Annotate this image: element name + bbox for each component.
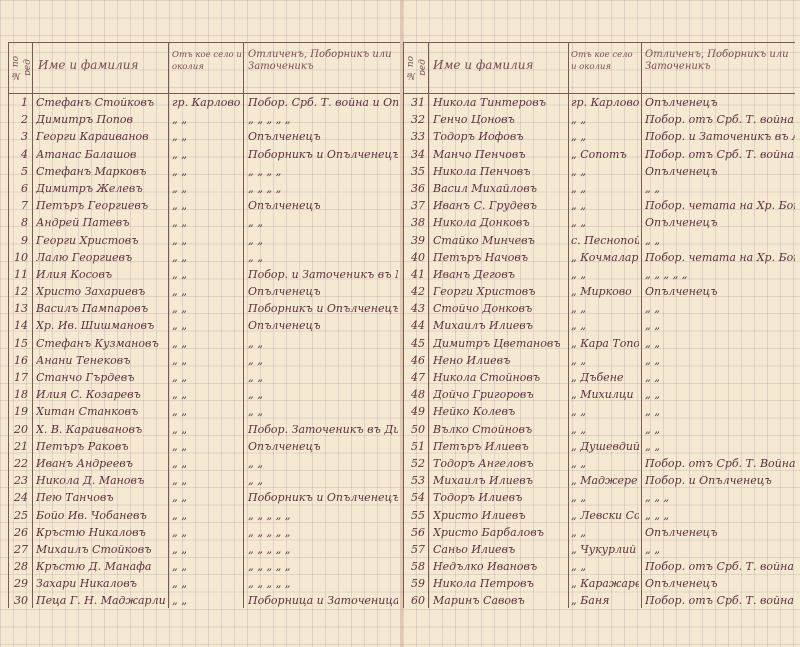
person-name: Стефанъ Марковъ [36,164,166,179]
service-status: Опълченецъ [248,439,398,454]
service-status: „ „ [645,318,795,333]
table-row: 28Кръстю Д. Манафа„ „„ „ „ „ „ [8,558,400,575]
row-number: 2 [8,112,28,127]
table-row: 60Маринъ Савовъ„ БаняПобор. отъ Срб. Т. … [403,592,795,609]
service-status: Побор. Заточеникъ въ Диарбекиръ със В. Л… [248,422,398,437]
table-row: 32Генчо Цоновъ„ „Побор. отъ Срб. Т. войн… [403,111,795,128]
table-row: 8Андрей Патевъ„ „„ „ [8,214,400,231]
table-row: 17Станчо Гърдевъ„ „„ „ [8,369,400,386]
row-number: 30 [8,593,28,608]
service-status: Опълченецъ [645,215,795,230]
table-row: 43Стойчо Донковъ„ „„ „ [403,300,795,317]
left-rows: 1Стефанъ Стойковъгр. КарловоПобор. Срб. … [8,94,400,610]
table-row: 59Никола Петровъ„ КаражареОпълченецъ [403,575,795,592]
person-name: Петъръ Начовъ [433,250,567,265]
person-name: Пеца Г. Н. Маджарлийка [36,593,166,608]
row-number: 8 [8,215,28,230]
table-row: 40Петъръ Начовъ„ КочмалареПобор. четата … [403,249,795,266]
place-of-origin: „ Чукурлий [571,542,639,557]
place-of-origin: „ Душевдий [571,439,639,454]
row-number: 59 [403,576,425,591]
table-row: 22Иванъ Андреевъ„ „„ „ [8,455,400,472]
row-number: 3 [8,129,28,144]
service-status: „ „ „ „ [248,181,398,196]
service-status: Опълченецъ [248,318,398,333]
row-number: 18 [8,387,28,402]
place-of-origin: „ „ [172,490,242,505]
place-of-origin: „ „ [571,456,639,471]
place-of-origin: „ Баня [571,593,639,608]
place-of-origin: „ „ [172,233,242,248]
service-status: „ „ [645,439,795,454]
person-name: Петъръ Георгиевъ [36,198,166,213]
row-number: 43 [403,301,425,316]
table-row: 41Иванъ Деговъ„ „„ „ „ „ „ [403,266,795,283]
service-status: Побор. и Заточеникъ въ Адана [645,129,795,144]
table-row: 49Нейко Колевъ„ „„ „ [403,403,795,420]
place-of-origin: „ „ [571,404,639,419]
table-row: 11Илия Косовъ„ „Побор. и Заточеникъ въ М… [8,266,400,283]
person-name: Вълко Стойновъ [433,422,567,437]
person-name: Георги Христовъ [36,233,166,248]
person-name: Хитан Станковъ [36,404,166,419]
place-of-origin: „ „ [571,181,639,196]
row-number: 7 [8,198,28,213]
place-of-origin: „ „ [172,215,242,230]
table-row: 16Анани Тенековъ„ „„ „ [8,352,400,369]
table-row: 30Пеца Г. Н. Маджарлийка„ „Поборница и З… [8,592,400,609]
person-name: Тодоръ Ангеловъ [433,456,567,471]
table-row: 47Никола Стойновъ„ Дъбене„ „ [403,369,795,386]
table-row: 3Георги Караиванов„ „Опълченецъ [8,128,400,145]
service-status: „ „ [248,404,398,419]
row-number: 11 [8,267,28,282]
table-row: 19Хитан Станковъ„ „„ „ [8,403,400,420]
service-status: Побор. Срб. Т. война и Опълченецъ [248,95,398,110]
person-name: Маринъ Савовъ [433,593,567,608]
service-status: „ „ „ „ „ [248,542,398,557]
row-number: 1 [8,95,28,110]
place-of-origin: „ „ [172,542,242,557]
table-row: 10Лалю Георгиевъ„ „„ „ [8,249,400,266]
table-row: 23Никола Д. Мановъ„ „„ „ [8,472,400,489]
place-of-origin: „ Маджере [571,473,639,488]
table-row: 38Никола Донковъ„ „Опълченецъ [403,214,795,231]
service-status: Побор. отъ Срб. Т. война [645,147,795,162]
person-name: Тодоръ Иофовъ [433,129,567,144]
service-status: „ „ [248,370,398,385]
person-name: Никола Тинтеровъ [433,95,567,110]
service-status: Опълченецъ [645,525,795,540]
row-number: 53 [403,473,425,488]
person-name: Михаилъ Илиевъ [433,473,567,488]
row-number: 38 [403,215,425,230]
service-status: Поборникъ и Опълченецъ [248,301,398,316]
service-status: „ „ „ „ „ [248,508,398,523]
row-number: 15 [8,336,28,351]
person-name: Атанас Балашов [36,147,166,162]
row-number: 17 [8,370,28,385]
place-of-origin: „ Сопотъ [571,147,639,162]
ledger-header: № по ред Име и фамилия Отъ кое село и ок… [8,42,400,94]
table-row: 15Стефанъ Кузмановъ„ „„ „ [8,335,400,352]
table-row: 46Нено Илиевъ„ „„ „ [403,352,795,369]
person-name: Нейко Колевъ [433,404,567,419]
service-status: „ „ „ [645,490,795,505]
table-row: 44Михаилъ Илиевъ„ „„ „ [403,317,795,334]
person-name: Нено Илиевъ [433,353,567,368]
place-of-origin: „ „ [172,404,242,419]
place-of-origin: „ „ [172,284,242,299]
service-status: Побор. отъ Срб. Т. война [645,112,795,127]
person-name: Васил Михайловъ [433,181,567,196]
service-status: „ „ [248,387,398,402]
row-number: 42 [403,284,425,299]
person-name: Стефанъ Стойковъ [36,95,166,110]
table-row: 52Тодоръ Ангеловъ„ „Побор. отъ Срб. Т. В… [403,455,795,472]
table-row: 27Михаилъ Стойковъ„ „„ „ „ „ „ [8,541,400,558]
header-place: Отъ кое село и околия [571,49,639,73]
row-number: 21 [8,439,28,454]
place-of-origin: „ „ [571,198,639,213]
person-name: Христо Захариевъ [36,284,166,299]
row-number: 20 [8,422,28,437]
service-status: Опълченецъ [645,164,795,179]
row-number: 57 [403,542,425,557]
row-number: 33 [403,129,425,144]
ledger-left-page: № по ред Име и фамилия Отъ кое село и ок… [8,42,400,610]
person-name: Петъръ Раковъ [36,439,166,454]
person-name: Димитръ Желевъ [36,181,166,196]
place-of-origin: „ „ [172,129,242,144]
place-of-origin: „ Кочмаларе [571,250,639,265]
place-of-origin: „ Мирково [571,284,639,299]
place-of-origin: гр. Карлово [172,95,242,110]
ledger-right-page: № по ред Име и фамилия Отъ кое село и ок… [403,42,795,610]
row-number: 24 [8,490,28,505]
person-name: Дойчо Григоровъ [433,387,567,402]
person-name: Иванъ Деговъ [433,267,567,282]
service-status: „ „ [645,301,795,316]
place-of-origin: „ „ [172,336,242,351]
table-row: 7Петъръ Георгиевъ„ „Опълченецъ [8,197,400,214]
person-name: Илия Косовъ [36,267,166,282]
table-row: 4Атанас Балашов„ „Поборникъ и Опълченецъ [8,146,400,163]
service-status: Опълченецъ [248,198,398,213]
right-rows: 31Никола Тинтеровъгр. КарловоОпълченецъ3… [403,94,795,610]
service-status: Побор. отъ Срб. Т. война [645,559,795,574]
person-name: Хр. Ив. Шишмановъ [36,318,166,333]
row-number: 35 [403,164,425,179]
place-of-origin: „ „ [172,387,242,402]
table-row: 56Христо Барбаловъ„ „Опълченецъ [403,524,795,541]
table-row: 12Христо Захариевъ„ „Опълченецъ [8,283,400,300]
table-row: 25Бойо Ив. Чобаневъ„ „„ „ „ „ „ [8,507,400,524]
person-name: Бойо Ив. Чобаневъ [36,508,166,523]
table-row: 21Петъръ Раковъ„ „Опълченецъ [8,438,400,455]
row-number: 25 [8,508,28,523]
place-of-origin: „ „ [571,525,639,540]
service-status: „ „ [645,404,795,419]
row-number: 34 [403,147,425,162]
row-number: 29 [8,576,28,591]
service-status: „ „ [248,250,398,265]
row-number: 9 [8,233,28,248]
service-status: „ „ [248,233,398,248]
table-row: 58Недълко Ивановъ„ „Побор. отъ Срб. Т. в… [403,558,795,575]
person-name: Кръстю Д. Манафа [36,559,166,574]
place-of-origin: „ Левски Сопотъ [571,508,639,523]
table-row: 48Дойчо Григоровъ„ Михилци„ „ [403,386,795,403]
table-row: 33Тодоръ Иофовъ„ „Побор. и Заточеникъ въ… [403,128,795,145]
row-number: 49 [403,404,425,419]
table-row: 57Саньо Илиевъ„ Чукурлий„ „ [403,541,795,558]
place-of-origin: „ „ [172,593,242,608]
header-number: № по ред [10,47,30,89]
row-number: 5 [8,164,28,179]
row-number: 19 [8,404,28,419]
table-row: 50Вълко Стойновъ„ „„ „ [403,421,795,438]
person-name: Пею Танчовъ [36,490,166,505]
row-number: 31 [403,95,425,110]
place-of-origin: „ „ [571,353,639,368]
row-number: 32 [403,112,425,127]
row-number: 39 [403,233,425,248]
service-status: Побор. отъ Срб. Т. Война [645,456,795,471]
table-row: 29Захари Никаловъ„ „„ „ „ „ „ [8,575,400,592]
place-of-origin: „ „ [172,559,242,574]
service-status: Побор. четата на Хр. Ботевъ [645,198,795,213]
row-number: 12 [8,284,28,299]
service-status: „ „ [645,542,795,557]
header-name: Име и фамилия [38,59,168,71]
person-name: Недълко Ивановъ [433,559,567,574]
place-of-origin: „ „ [571,112,639,127]
place-of-origin: „ „ [571,490,639,505]
place-of-origin: „ Каражаре [571,576,639,591]
place-of-origin: „ „ [172,250,242,265]
row-number: 50 [403,422,425,437]
place-of-origin: „ „ [571,559,639,574]
table-row: 6Димитръ Желевъ„ „„ „ „ „ [8,180,400,197]
header-number: № по ред [405,47,425,89]
person-name: Георги Христовъ [433,284,567,299]
person-name: Генчо Цоновъ [433,112,567,127]
person-name: Тодоръ Илиевъ [433,490,567,505]
person-name: Петъръ Илиевъ [433,439,567,454]
service-status: „ „ [645,422,795,437]
table-row: 18Илия С. Козаревъ„ „„ „ [8,386,400,403]
place-of-origin: с. Песнопой [571,233,639,248]
place-of-origin: „ Михилци [571,387,639,402]
person-name: Саньо Илиевъ [433,542,567,557]
place-of-origin: гр. Карлово [571,95,639,110]
table-row: 36Васил Михайловъ„ „„ „ [403,180,795,197]
service-status: „ „ [248,353,398,368]
place-of-origin: „ „ [571,301,639,316]
place-of-origin: „ „ [172,198,242,213]
service-status: Побор. и Опълченецъ [645,473,795,488]
service-status: „ „ [248,215,398,230]
service-status: Опълченецъ [248,284,398,299]
service-status: Поборникъ и Опълченецъ [248,490,398,505]
table-row: 24Пею Танчовъ„ „Поборникъ и Опълченецъ [8,489,400,506]
service-status: „ „ [645,233,795,248]
person-name: Манчо Пенчовъ [433,147,567,162]
place-of-origin: „ „ [172,112,242,127]
person-name: Станчо Гърдевъ [36,370,166,385]
table-row: 53Михаилъ Илиевъ„ МаджереПобор. и Опълче… [403,472,795,489]
row-number: 48 [403,387,425,402]
table-row: 26Кръстю Никаловъ„ „„ „ „ „ „ [8,524,400,541]
place-of-origin: „ „ [172,164,242,179]
table-row: 5Стефанъ Марковъ„ „„ „ „ „ [8,163,400,180]
table-row: 55Христо Илиевъ„ Левски Сопотъ„ „ „ [403,507,795,524]
row-number: 60 [403,593,425,608]
person-name: Димитръ Цветановъ [433,336,567,351]
person-name: Иванъ С. Грудевъ [433,198,567,213]
place-of-origin: „ „ [172,353,242,368]
row-number: 58 [403,559,425,574]
row-number: 27 [8,542,28,557]
service-status: „ „ [645,353,795,368]
person-name: Христо Илиевъ [433,508,567,523]
service-status: „ „ „ „ „ [248,559,398,574]
row-number: 6 [8,181,28,196]
person-name: Георги Караиванов [36,129,166,144]
row-number: 14 [8,318,28,333]
row-number: 51 [403,439,425,454]
place-of-origin: „ „ [172,370,242,385]
table-row: 13Василъ Пампаровъ„ „Поборникъ и Опълчен… [8,300,400,317]
service-status: Опълченецъ [645,576,795,591]
person-name: Михаилъ Илиевъ [433,318,567,333]
row-number: 40 [403,250,425,265]
place-of-origin: „ „ [172,576,242,591]
place-of-origin: „ „ [172,422,242,437]
person-name: Никола Стойновъ [433,370,567,385]
row-number: 10 [8,250,28,265]
place-of-origin: „ Кара Тополово [571,336,639,351]
person-name: Никола Д. Мановъ [36,473,166,488]
person-name: Стойчо Донковъ [433,301,567,316]
person-name: Кръстю Никаловъ [36,525,166,540]
person-name: Анани Тенековъ [36,353,166,368]
person-name: Илия С. Козаревъ [36,387,166,402]
row-number: 44 [403,318,425,333]
service-status: Побор. четата на Хр. Ботевъ [645,250,795,265]
person-name: Христо Барбаловъ [433,525,567,540]
place-of-origin: „ „ [571,164,639,179]
place-of-origin: „ „ [172,267,242,282]
table-row: 9Георги Христовъ„ „„ „ [8,232,400,249]
person-name: Х. В. Караивановъ [36,422,166,437]
place-of-origin: „ „ [571,215,639,230]
row-number: 52 [403,456,425,471]
table-row: 39Стайко Минчевъс. Песнопой„ „ [403,232,795,249]
table-row: 14Хр. Ив. Шишмановъ„ „Опълченецъ [8,317,400,334]
table-row: 2Димитръ Попов„ „„ „ „ „ „ [8,111,400,128]
service-status: Поборница и Заточеница въ Диарбекиръ със… [248,593,398,608]
service-status: „ „ [645,387,795,402]
place-of-origin: „ „ [172,147,242,162]
service-status: „ „ [248,456,398,471]
table-row: 35Никола Пенчовъ„ „Опълченецъ [403,163,795,180]
row-number: 56 [403,525,425,540]
row-number: 37 [403,198,425,213]
row-number: 22 [8,456,28,471]
service-status: „ „ „ „ [248,164,398,179]
service-status: Поборникъ и Опълченецъ [248,147,398,162]
service-status: „ „ [248,336,398,351]
place-of-origin: „ Дъбене [571,370,639,385]
place-of-origin: „ „ [172,301,242,316]
row-number: 28 [8,559,28,574]
row-number: 4 [8,147,28,162]
row-number: 41 [403,267,425,282]
table-row: 42Георги Христовъ„ МирковоОпълченецъ [403,283,795,300]
row-number: 13 [8,301,28,316]
service-status: „ „ „ „ „ [248,576,398,591]
row-number: 45 [403,336,425,351]
service-status: „ „ [645,336,795,351]
service-status: „ „ „ „ „ [645,267,795,282]
service-status: „ „ [248,473,398,488]
header-status: Отличенъ, Поборникъ или Заточеникъ [645,49,793,73]
place-of-origin: „ „ [172,525,242,540]
person-name: Никола Донковъ [433,215,567,230]
header-status: Отличенъ, Поборникъ или Заточеникъ [248,49,398,73]
header-name: Име и фамилия [433,59,563,71]
place-of-origin: „ „ [172,473,242,488]
service-status: „ „ „ [645,508,795,523]
place-of-origin: „ „ [172,456,242,471]
person-name: Захари Никаловъ [36,576,166,591]
person-name: Димитръ Попов [36,112,166,127]
person-name: Стефанъ Кузмановъ [36,336,166,351]
place-of-origin: „ „ [571,267,639,282]
table-row: 37Иванъ С. Грудевъ„ „Побор. четата на Хр… [403,197,795,214]
row-number: 46 [403,353,425,368]
header-place: Отъ кое село и околия [172,49,244,73]
service-status: Опълченецъ [645,95,795,110]
service-status: Опълченецъ [645,284,795,299]
place-of-origin: „ „ [172,439,242,454]
place-of-origin: „ „ [172,181,242,196]
row-number: 26 [8,525,28,540]
service-status: Опълченецъ [248,129,398,144]
person-name: Андрей Патевъ [36,215,166,230]
table-row: 1Стефанъ Стойковъгр. КарловоПобор. Срб. … [8,94,400,111]
row-number: 47 [403,370,425,385]
person-name: Никола Пенчовъ [433,164,567,179]
person-name: Михаилъ Стойковъ [36,542,166,557]
table-row: 51Петъръ Илиевъ„ Душевдий„ „ [403,438,795,455]
table-row: 45Димитръ Цветановъ„ Кара Тополово„ „ [403,335,795,352]
service-status: Побор. и Заточеникъ въ Мала Азия [248,267,398,282]
person-name: Стайко Минчевъ [433,233,567,248]
ledger-header: № по ред Име и фамилия Отъ кое село и ок… [403,42,795,94]
place-of-origin: „ „ [172,508,242,523]
person-name: Иванъ Андреевъ [36,456,166,471]
place-of-origin: „ „ [172,318,242,333]
row-number: 16 [8,353,28,368]
service-status: „ „ [645,370,795,385]
service-status: „ „ „ „ „ [248,112,398,127]
person-name: Лалю Георгиевъ [36,250,166,265]
table-row: 54Тодоръ Илиевъ„ „„ „ „ [403,489,795,506]
row-number: 36 [403,181,425,196]
